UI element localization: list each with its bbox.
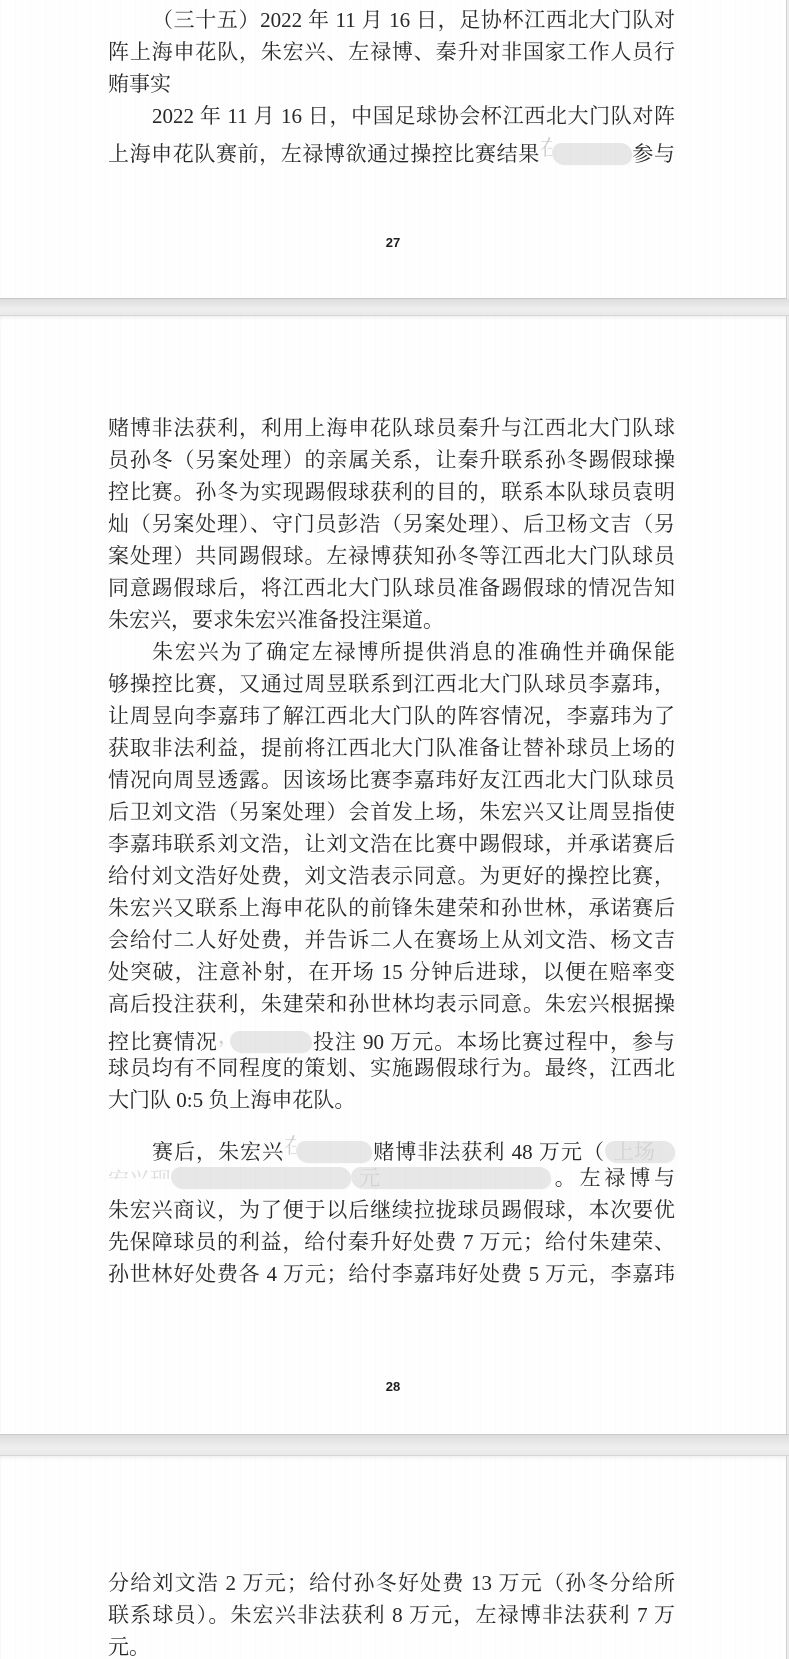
ghost-fragment: 上场 [613,1141,655,1163]
redaction-blob: 元 [351,1167,551,1189]
line-text: 给付刘文浩好处费，刘文浩表示同意。为更好的操控比赛， [108,864,675,888]
text-line: 让周昱向李嘉玮了解江西北大门队的阵容情况，李嘉玮为了 [108,700,675,732]
line-text: 上海申花队赛前，左禄博欲通过操控比赛结果 [108,142,540,166]
line-text: 先保障球员的利益，给付秦升好处费 7 万元；给付朱建荣、 [108,1230,675,1254]
text-line: 员孙冬（另案处理）的亲属关系，让秦升联系孙冬踢假球操 [108,444,675,476]
ghost-fragment: ， [218,1020,230,1052]
redaction-blob [171,1167,351,1189]
line-text: 赌博非法获利 48 万元（ [372,1140,605,1164]
redaction-blob [296,1141,372,1163]
text-line: 控比赛情况，投注 90 万元。本场比赛过程中，参与 [108,1020,675,1052]
line-text: 灿（另案处理）、守门员彭浩（另案处理）、后卫杨文吉（另 [108,512,675,536]
ghost-fragment: 在 [284,1130,296,1162]
line-text: 赛后，朱宏兴 [152,1140,284,1164]
line-text: 会给付二人好处费，并告诉二人在赛场上从刘文浩、杨文吉 [108,928,675,952]
text-line: 朱宏兴，要求朱宏兴准备投注渠道。 [108,604,675,636]
text-line: 控比赛。孙冬为实现踢假球获利的目的，联系本队球员袁明 [108,476,675,508]
line-text: 朱宏兴商议，为了便于以后继续拉拢球员踢假球，本次要优 [108,1198,675,1222]
redaction-blob [230,1031,312,1053]
line-text: 让周昱向李嘉玮了解江西北大门队的阵容情况，李嘉玮为了 [108,704,675,728]
text-line: 大门队 0:5 负上海申花队。 [108,1084,675,1116]
ghost-fragment: 在 [540,132,552,164]
text-line: 朱宏兴为了确定左禄博所提供消息的准确性并确保能 [108,636,675,668]
text-line: 后卫刘文浩（另案处理）会首发上场，朱宏兴又让周昱指使 [108,796,675,828]
document-page-28: 赌博非法获利，利用上海申花队球员秦升与江西北大门队球员孙冬（另案处理）的亲属关系… [0,316,787,1434]
line-text: 孙世林好处费各 4 万元；给付李嘉玮好处费 5 万元，李嘉玮 [108,1262,675,1286]
text-line: 够操控比赛，又通过周昱联系到江西北大门队球员李嘉玮， [108,668,675,700]
text-line: 联系球员）。朱宏兴非法获利 8 万元，左禄博非法获利 7 万 [108,1599,675,1631]
text-line: 灿（另案处理）、守门员彭浩（另案处理）、后卫杨文吉（另 [108,508,675,540]
line-text: 朱宏兴又联系上海申花队的前锋朱建荣和孙世林，承诺赛后 [108,896,675,920]
text-line: 处突破，注意补射，在开场 15 分钟后进球，以便在赔率变 [108,956,675,988]
text-line: 元。 [108,1631,675,1659]
line-text: 处突破，注意补射，在开场 15 分钟后进球，以便在赔率变 [108,960,675,984]
text-line: 获取非法利益，提前将江西北大门队准备让替补球员上场的 [108,732,675,764]
page-29-text-block: 分给刘文浩 2 万元；给付孙冬好处费 13 万元（孙冬分给所联系球员）。朱宏兴非… [0,1456,786,1659]
line-text: 控比赛情况 [108,1030,218,1054]
paragraph-spacer [108,1116,675,1130]
line-text: 朱宏兴，要求朱宏兴准备投注渠道。 [108,608,444,632]
line-text: 后卫刘文浩（另案处理）会首发上场，朱宏兴又让周昱指使 [108,800,675,824]
line-text: 。左禄博与 [551,1166,675,1190]
text-line: 李嘉玮联系刘文浩，让刘文浩在比赛中踢假球，并承诺赛后 [108,828,675,860]
line-text: 阵上海申花队，朱宏兴、左禄博、秦升对非国家工作人员行 [108,40,675,64]
text-line: （三十五）2022 年 11 月 16 日，足协杯江西北大门队对 [108,4,675,36]
text-line: 给付刘文浩好处费，刘文浩表示同意。为更好的操控比赛， [108,860,675,892]
ghost-fragment: 宏兴现 [108,1164,171,1179]
line-text: 够操控比赛，又通过周昱联系到江西北大门队球员李嘉玮， [108,672,675,696]
text-line: 孙世林好处费各 4 万元；给付李嘉玮好处费 5 万元，李嘉玮 [108,1258,675,1290]
line-text: 投注 90 万元。本场比赛过程中，参与 [312,1030,675,1054]
document-page-29: 分给刘文浩 2 万元；给付孙冬好处费 13 万元（孙冬分给所联系球员）。朱宏兴非… [0,1456,787,1659]
text-line: 赌博非法获利，利用上海申花队球员秦升与江西北大门队球 [108,412,675,444]
line-text: 分给刘文浩 2 万元；给付孙冬好处费 13 万元（孙冬分给所 [108,1571,675,1595]
page-number-27: 27 [108,235,678,250]
line-text: 员孙冬（另案处理）的亲属关系，让秦升联系孙冬踢假球操 [108,448,675,472]
page-gap [0,299,789,316]
line-text: 李嘉玮联系刘文浩，让刘文浩在比赛中踢假球，并承诺赛后 [108,832,675,856]
text-line: 上海申花队赛前，左禄博欲通过操控比赛结果在参与 [108,132,675,164]
page-28-text-block: 赌博非法获利，利用上海申花队球员秦升与江西北大门队球员孙冬（另案处理）的亲属关系… [0,316,786,1290]
line-text: 贿事实 [108,72,171,96]
text-line: 宏兴现元。左禄博与 [108,1162,675,1194]
page-number-28: 28 [108,1379,678,1394]
redaction-blob: 上场 [605,1141,675,1163]
text-line: 阵上海申花队，朱宏兴、左禄博、秦升对非国家工作人员行 [108,36,675,68]
text-line: 2022 年 11 月 16 日，中国足球协会杯江西北大门队对阵 [108,100,675,132]
line-text: 案处理）共同踢假球。左禄博获知孙冬等江西北大门队球员 [108,544,675,568]
text-line: 朱宏兴又联系上海申花队的前锋朱建荣和孙世林，承诺赛后 [108,892,675,924]
line-text: 控比赛。孙冬为实现踢假球获利的目的，联系本队球员袁明 [108,480,675,504]
text-line: 高后投注获利，朱建荣和孙世林均表示同意。朱宏兴根据操 [108,988,675,1020]
line-text: 情况向周昱透露。因该场比赛李嘉玮好友江西北大门队球员 [108,768,675,792]
document-scroll-view[interactable]: （三十五）2022 年 11 月 16 日，足协杯江西北大门队对阵上海申花队，朱… [0,0,789,1659]
text-line: 球员均有不同程度的策划、实施踢假球行为。最终，江西北 [108,1052,675,1084]
line-text: （三十五）2022 年 11 月 16 日，足协杯江西北大门队对 [152,8,675,32]
text-line: 会给付二人好处费，并告诉二人在赛场上从刘文浩、杨文吉 [108,924,675,956]
text-line: 贿事实 [108,68,675,100]
redaction-blob [552,143,632,165]
line-text: 大门队 0:5 负上海申花队。 [108,1088,355,1112]
line-text: 2022 年 11 月 16 日，中国足球协会杯江西北大门队对阵 [152,104,675,128]
text-line: 先保障球员的利益，给付秦升好处费 7 万元；给付朱建荣、 [108,1226,675,1258]
line-text: 同意踢假球后，将江西北大门队球员准备踢假球的情况告知 [108,576,675,600]
ghost-fragment: 元 [359,1167,380,1189]
page-gap [0,1434,789,1456]
line-text: 球员均有不同程度的策划、实施踢假球行为。最终，江西北 [108,1056,675,1080]
text-line: 案处理）共同踢假球。左禄博获知孙冬等江西北大门队球员 [108,540,675,572]
line-text: 高后投注获利，朱建荣和孙世林均表示同意。朱宏兴根据操 [108,992,675,1016]
line-text: 联系球员）。朱宏兴非法获利 8 万元，左禄博非法获利 7 万 [108,1603,675,1627]
text-line: 同意踢假球后，将江西北大门队球员准备踢假球的情况告知 [108,572,675,604]
line-text: 朱宏兴为了确定左禄博所提供消息的准确性并确保能 [152,640,675,664]
text-line: 赛后，朱宏兴在赌博非法获利 48 万元（上场 [108,1130,675,1162]
text-line: 情况向周昱透露。因该场比赛李嘉玮好友江西北大门队球员 [108,764,675,796]
page-27-text-block: （三十五）2022 年 11 月 16 日，足协杯江西北大门队对阵上海申花队，朱… [0,0,786,164]
line-text: 获取非法利益，提前将江西北大门队准备让替补球员上场的 [108,736,675,760]
line-text: 赌博非法获利，利用上海申花队球员秦升与江西北大门队球 [108,416,675,440]
line-text: 元。 [108,1635,150,1659]
document-page-27: （三十五）2022 年 11 月 16 日，足协杯江西北大门队对阵上海申花队，朱… [0,0,787,299]
text-line: 分给刘文浩 2 万元；给付孙冬好处费 13 万元（孙冬分给所 [108,1567,675,1599]
line-text: 参与 [632,142,675,166]
text-line: 朱宏兴商议，为了便于以后继续拉拢球员踢假球，本次要优 [108,1194,675,1226]
